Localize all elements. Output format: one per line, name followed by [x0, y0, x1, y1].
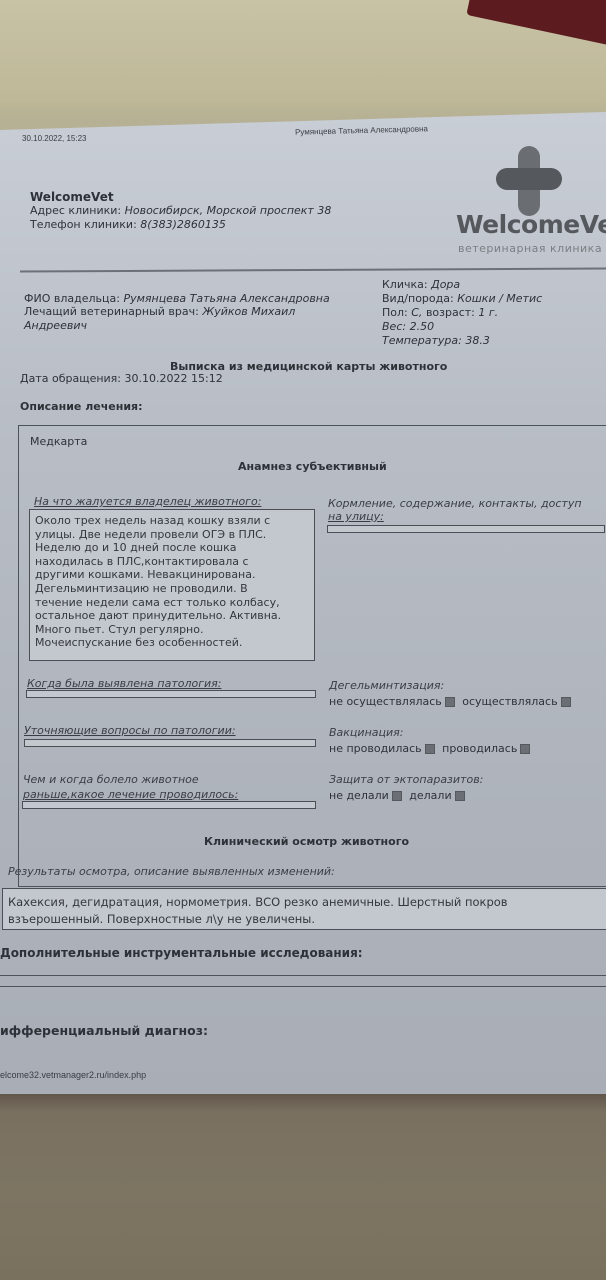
ectoparasites-no-checkbox[interactable] [392, 791, 402, 801]
text-line: взъерошенный. Поверхностные л\у не увели… [8, 911, 606, 928]
prior-illness-field[interactable] [22, 801, 316, 809]
text-line: Дегельминтизацию не проводили. В [35, 582, 309, 596]
logo-text: WelcomeVet [456, 210, 606, 239]
deworming-no-checkbox[interactable] [445, 697, 455, 707]
text-line: Мочеиспускание без особенностей. [35, 636, 309, 650]
pet-sex-age: Пол: С, возраст: 1 г. [382, 306, 542, 320]
exam-title: Клинический осмотр животного [204, 835, 409, 848]
cross-icon [496, 146, 562, 216]
doctor-name: Лечащий ветеринарный врач: Жуйков Михаил… [24, 305, 295, 333]
ectoparasites-yes-checkbox[interactable] [455, 791, 465, 801]
complaint-field[interactable]: Около трех недель назад кошку взяли сули… [29, 509, 315, 661]
instrumental-field-top [0, 975, 606, 976]
feeding-label: Кормление, содержание, контакты, доступ … [328, 497, 582, 523]
exam-results-label: Результаты осмотра, описание выявленных … [8, 865, 335, 878]
text-line: остальное дают принудительно. Активна. [35, 609, 309, 623]
prior-illness-label: Чем и когда болело животное раньше,какое… [23, 772, 238, 802]
exam-results-field[interactable]: Кахексия, дегидратация, нормометрия. ВСО… [2, 888, 606, 930]
pet-name: Кличка: Дора [382, 278, 542, 292]
background-surface [0, 1092, 606, 1280]
pet-weight: Вес: 2.50 [382, 320, 542, 334]
vaccination-group: Вакцинация: не проводилась проводилась [329, 725, 534, 757]
text-line: Кахексия, дегидратация, нормометрия. ВСО… [8, 894, 606, 911]
vaccination-no-checkbox[interactable] [425, 744, 435, 754]
text-line: течение недели сама ест только колбасу, [35, 596, 309, 610]
clinic-name: WelcomeVet [30, 190, 114, 204]
owner-name: ФИО владельца: Румянцева Татьяна Алексан… [24, 292, 330, 306]
logo-subtitle: ветеринарная клиника [458, 242, 602, 255]
visit-date: Дата обращения: 30.10.2022 15:12 [20, 372, 223, 386]
text-line: Много пьет. Стул регулярно. [35, 623, 309, 637]
pet-temperature: Температура: 38.3 [382, 334, 542, 348]
background-red-object [466, 0, 606, 48]
pathology-when-label: Когда была выявлена патология: [27, 677, 221, 690]
feeding-field[interactable] [327, 525, 605, 533]
anamnesis-title: Анамнез субъективный [238, 460, 387, 473]
text-line: находилась в ПЛС,контактировала с [35, 555, 309, 569]
vaccination-yes-checkbox[interactable] [520, 744, 530, 754]
deworming-yes-checkbox[interactable] [561, 697, 571, 707]
text-line: другими кошками. Невакцинирована. [35, 568, 309, 582]
pet-info: Кличка: Дора Вид/порода: Кошки / Метис П… [382, 278, 542, 348]
deworming-group: Дегельминтизация: не осуществлялась осущ… [329, 678, 575, 710]
text-line: Около трех недель назад кошку взяли с [35, 514, 309, 528]
instrumental-heading: Дополнительные инструментальные исследов… [0, 946, 363, 960]
pathology-questions-label: Уточняющие вопросы по патологии: [24, 724, 236, 737]
text-line: улицы. Две недели провели ОГЭ в ПЛС. [35, 528, 309, 542]
pet-breed: Вид/порода: Кошки / Метис [382, 292, 542, 306]
complaint-text: Около трех недель назад кошку взяли сули… [30, 510, 314, 654]
clinic-address: Адрес клиники: Новосибирск, Морской прос… [30, 204, 331, 218]
footer-url: elcome32.vetmanager2.ru/index.php [0, 1070, 146, 1080]
instrumental-field-bottom [0, 986, 606, 987]
treatment-heading: Описание лечения: [20, 400, 143, 413]
medcard-label: Медкарта [30, 435, 87, 449]
print-datetime: 30.10.2022, 15:23 [22, 134, 87, 143]
complaint-label: На что жалуется владелец животного: [34, 495, 261, 508]
ectoparasites-group: Защита от эктопаразитов: не делали делал… [329, 772, 483, 804]
differential-heading: ифференциальный диагноз: [0, 1023, 208, 1038]
pathology-questions-field[interactable] [24, 739, 316, 747]
clinic-phone: Телефон клиники: 8(383)2860135 [30, 218, 226, 232]
exam-results-text: Кахексия, дегидратация, нормометрия. ВСО… [3, 889, 606, 933]
pathology-when-field[interactable] [26, 690, 316, 698]
text-line: Неделю до и 10 дней после кошка [35, 541, 309, 555]
